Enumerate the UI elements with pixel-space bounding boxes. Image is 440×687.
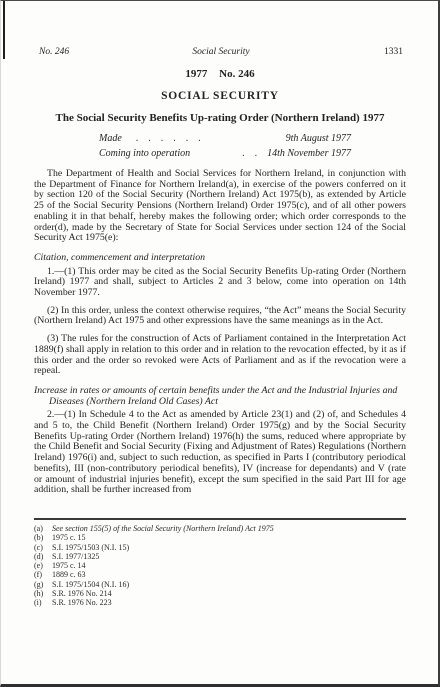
running-head-subject: Social Security — [146, 47, 296, 57]
footnote-a-label: (a) — [34, 524, 52, 533]
footnote-i: (i) S.R. 1976 No. 223 — [34, 598, 406, 607]
footnote-f: (f) 1889 c. 63 — [34, 570, 406, 579]
doc-year: 1977 — [185, 68, 207, 80]
footnote-b: (b) 1975 c. 15 — [34, 533, 406, 542]
footnote-h-text: S.R. 1976 No. 214 — [52, 589, 406, 598]
order-title: The Social Security Benefits Up-rating O… — [34, 112, 406, 124]
footnote-c-label: (c) — [34, 543, 52, 552]
dates-block: Made . . . . . . 9th August 1977 Coming … — [99, 133, 351, 159]
footnote-d-text: S.I. 1977/1325 — [52, 552, 406, 561]
footnote-g: (g) S.I. 1975/1504 (N.I. 16) — [34, 580, 406, 589]
document-page: No. 246 Social Security 1331 1977 No. 24… — [0, 0, 440, 687]
article-1-paragraph-2: (2) In this order, unless the context ot… — [34, 306, 406, 327]
recital-paragraph: The Department of Health and Social Serv… — [34, 169, 406, 244]
footnote-e-label: (e) — [34, 561, 52, 570]
footnote-g-label: (g) — [34, 580, 52, 589]
footnote-h-label: (h) — [34, 589, 52, 598]
section1-heading: Citation, commencement and interpretatio… — [34, 253, 406, 264]
footnote-g-text: S.I. 1975/1504 (N.I. 16) — [52, 580, 406, 589]
made-label: Made — [99, 133, 122, 144]
footnote-e-text: 1975 c. 14 — [52, 561, 406, 570]
doc-number-line: 1977 No. 246 — [34, 68, 406, 80]
footnote-i-text: S.R. 1976 No. 223 — [52, 598, 406, 607]
footnote-separator — [34, 518, 406, 520]
coming-dot-leader: . . — [190, 148, 267, 159]
footnote-d-label: (d) — [34, 552, 52, 561]
article-1-paragraph-3: (3) The rules for the construction of Ac… — [34, 334, 406, 377]
coming-into-operation-row: Coming into operation . . 14th November … — [99, 148, 351, 159]
article-2-paragraph-1: 2.—(1) In Schedule 4 to the Act as amend… — [34, 410, 406, 496]
running-head-page-number: 1331 — [296, 47, 406, 57]
footnote-b-label: (b) — [34, 533, 52, 542]
coming-into-operation-date: 14th November 1977 — [267, 148, 351, 159]
footnote-c: (c) S.I. 1975/1503 (N.I. 15) — [34, 543, 406, 552]
category-heading: SOCIAL SECURITY — [34, 90, 406, 102]
running-head: No. 246 Social Security 1331 — [34, 47, 406, 57]
footnote-f-text: 1889 c. 63 — [52, 570, 406, 579]
scan-edge-artifact — [3, 1, 5, 59]
made-dot-leader: . . . . . . — [122, 133, 286, 144]
doc-number: No. 246 — [219, 68, 254, 80]
coming-into-operation-label: Coming into operation — [99, 148, 190, 159]
footnote-h: (h) S.R. 1976 No. 214 — [34, 589, 406, 598]
section2-heading: Increase in rates or amounts of certain … — [34, 386, 406, 407]
made-date: 9th August 1977 — [286, 133, 351, 144]
footnote-a-text: See section 155(5) of the Social Securit… — [52, 524, 406, 533]
footnote-b-text: 1975 c. 15 — [52, 533, 406, 542]
footnote-a: (a) See section 155(5) of the Social Sec… — [34, 524, 406, 533]
footnote-d: (d) S.I. 1977/1325 — [34, 552, 406, 561]
footnotes-block: (a) See section 155(5) of the Social Sec… — [34, 524, 406, 608]
article-1-paragraph-1: 1.—(1) This order may be cited as the So… — [34, 267, 406, 299]
running-head-order-number: No. 246 — [34, 47, 146, 57]
footnote-i-label: (i) — [34, 598, 52, 607]
footnote-c-text: S.I. 1975/1503 (N.I. 15) — [52, 543, 406, 552]
footnote-f-label: (f) — [34, 570, 52, 579]
made-row: Made . . . . . . 9th August 1977 — [99, 133, 351, 144]
footnote-e: (e) 1975 c. 14 — [34, 561, 406, 570]
